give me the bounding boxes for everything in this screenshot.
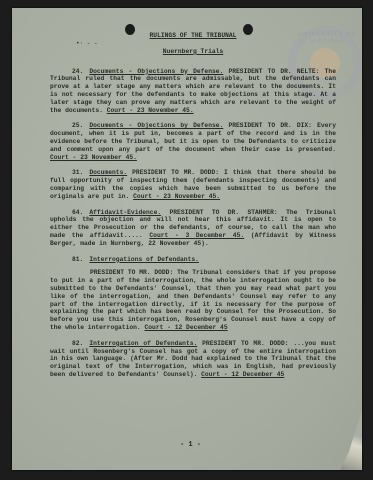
entry-number: 64.: [50, 209, 83, 217]
entry-speaker: PRESIDENT TO MR. DODD:: [50, 269, 173, 276]
entry-number: 24.: [50, 68, 83, 76]
entry-number: 31.: [50, 169, 83, 177]
document-title: RULINGS OF THE TRIBUNAL: [50, 32, 336, 40]
entry-speaker: PRESIDENT TO DR. NELTE:: [228, 68, 319, 75]
ruling-entry: 24.Documents - Objections by Defense. PR…: [50, 68, 336, 115]
entry-number: 25.: [50, 122, 83, 130]
entry-heading: Interrogation of Defendants.: [89, 340, 197, 347]
entry-heading: Interrogations of Defendants.: [89, 256, 199, 263]
entry-heading: Affidavit-Evidence.: [89, 209, 161, 216]
ruling-entry: 81.Interrogations of Defendants. PRESIDE…: [50, 256, 336, 332]
entry-heading: Documents.: [89, 169, 127, 176]
entry-citation: Court - 3 December 45.: [149, 232, 244, 239]
entry-speaker: PRESIDENT TO MR. DODD:: [202, 340, 288, 347]
entry-citation: Court - 12 December 45: [144, 324, 227, 331]
entry-citation: Court - 12 December 45: [201, 371, 284, 378]
entry-speaker: PRESIDENT TO DR. DIX:: [228, 122, 311, 129]
ruling-entry: 82.Interrogation of Defendants. PRESIDEN…: [50, 340, 336, 379]
entry-citation: Court - 23 November 45.: [133, 193, 220, 200]
entry-number: 81.: [50, 256, 83, 264]
ruling-entry: 64.Affidavit-Evidence. PRESIDENT TO DR. …: [50, 209, 336, 248]
entry-heading: Documents - Objections by Defense.: [89, 68, 223, 75]
entry-citation: Court - 23 November 45.: [107, 107, 194, 114]
ruling-entry: 25.Documents - Objections by Defense. PR…: [50, 122, 336, 161]
entry-heading: Documents - Objections by Defense.: [89, 122, 223, 129]
ruling-entry: 31.Documents. PRESIDENT TO MR. DODD: I t…: [50, 169, 336, 200]
entry-speaker: PRESIDENT TO MR. DODD:: [132, 169, 219, 176]
document-body: RULINGS OF THE TRIBUNAL Nuernberg Trials…: [50, 32, 336, 387]
entry-citation: Court - 23 November 45.: [50, 154, 137, 161]
page-curl: [340, 410, 362, 470]
entry-number: 82.: [50, 340, 83, 348]
entry-text: The Tribunal considers that if you propo…: [50, 269, 336, 331]
page-number: - 1 -: [180, 441, 201, 449]
document-subtitle: Nuernberg Trials: [50, 48, 336, 56]
entry-speaker: PRESIDENT TO DR. STAHMER:: [170, 209, 278, 216]
